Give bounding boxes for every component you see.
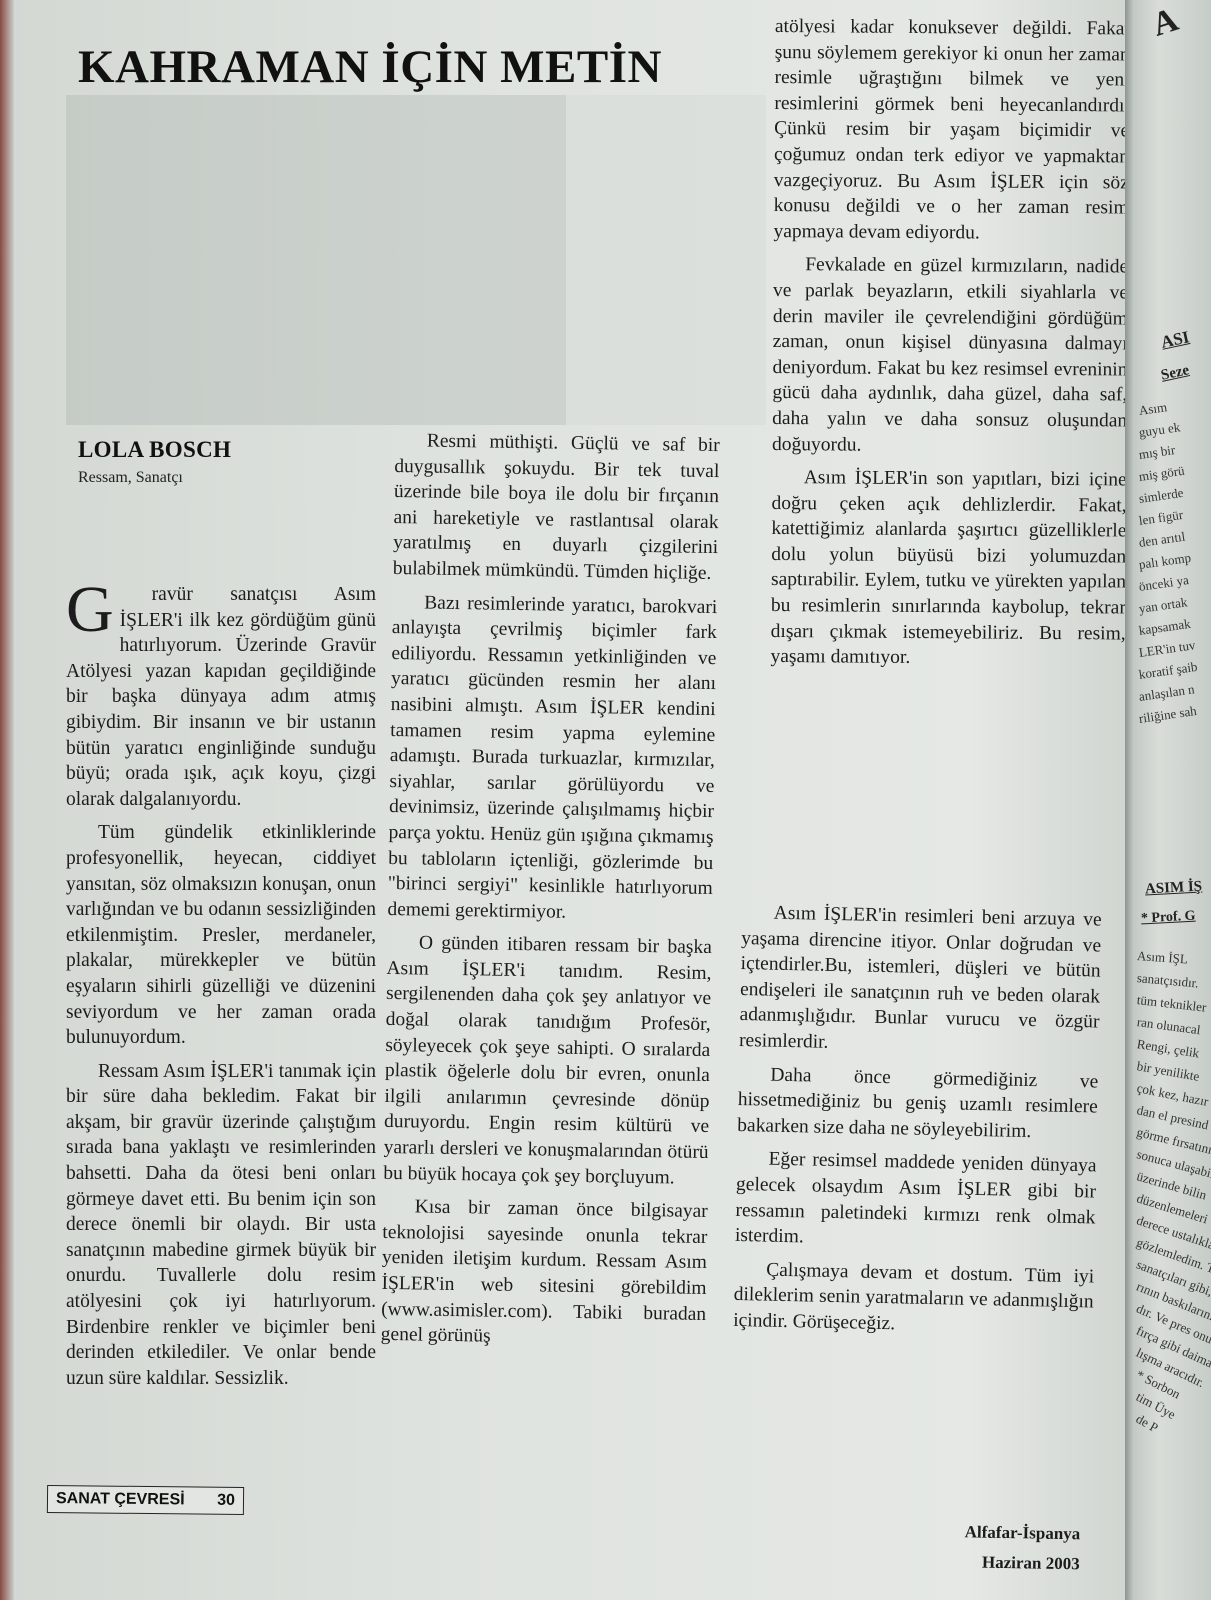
next-page-heading-1: ASI [1159,327,1191,352]
next-page-subheading-1: Seze [1160,362,1191,385]
paragraph: Bazı resimlerinde yaratıcı, barokvari an… [387,590,717,928]
paragraph: Daha önce görmediğiniz ve hissetmediğini… [737,1062,1099,1146]
paragraph: Ressam Asım İŞLER'i tanımak için bir sür… [66,1059,376,1392]
page-footer: SANAT ÇEVRESİ 30 [47,1485,244,1515]
next-page-sliver: A ASI Seze Asımguyu ekmış birmiş görüsim… [1125,0,1211,1600]
page-number: 30 [217,1492,235,1510]
next-page-lines-2: Asım İŞLsanatçısıdır.tüm tekniklerran ol… [1137,945,1211,1429]
next-page-subheading-2: * Prof. G [1141,909,1196,928]
column-2: Resmi müthişti. Güçlü ve saf bir duygusa… [380,428,720,1361]
paragraph: Asım İŞLER'in resimleri beni arzuya ve y… [739,900,1102,1061]
column-3-top: atölyesi kadar konuksever değildi. Fakat… [770,14,1130,680]
paragraph: Gravür sanatçısı Asım İŞLER'i ilk kez gö… [66,582,376,812]
next-page-lines-1: Asımguyu ekmış birmiş görüsimlerdelen fi… [1139,400,1198,730]
paragraph: Fevkalade en güzel kırmızıların, nadide … [772,252,1128,459]
paragraph: Resmi müthişti. Güçlü ve saf bir duygusa… [393,428,720,587]
column-1: Gravür sanatçısı Asım İŞLER'i ilk kez gö… [66,582,376,1399]
article-title: KAHRAMAN İÇİN METİN [78,40,662,94]
paragraph: Kısa bir zaman önce bilgisayar teknoloji… [381,1194,708,1353]
faded-image-area-right [566,95,766,425]
paragraph: Tüm gündelik etkinliklerinde profesyonel… [66,820,376,1050]
paragraph: O günden itibaren ressam bir başka Asım … [383,930,712,1191]
paragraph: atölyesi kadar konuksever değildi. Fakat… [773,14,1130,247]
author-block: LOLA BOSCH Ressam, Sanatçı [78,437,231,487]
magazine-page: KAHRAMAN İÇİN METİN LOLA BOSCH Ressam, S… [0,0,1140,1600]
author-name: LOLA BOSCH [78,437,231,463]
drop-cap: G [34,584,114,636]
next-page-title-letter: A [1148,1,1183,45]
faded-image-area [66,95,566,425]
paragraph: Asım İŞLER'in son yapıtları, bizi içine … [770,465,1126,672]
paragraph: Eğer resimsel maddede yeniden dünyaya ge… [735,1146,1097,1256]
column-3-bottom: Asım İŞLER'in resimleri beni arzuya ve y… [733,900,1102,1349]
next-page-heading-2: ASIM İŞ [1145,879,1203,899]
signoff-date: Haziran 2003 [929,1547,1080,1580]
author-role: Ressam, Sanatçı [78,469,231,487]
signoff-place: Alfafar-İspanya [930,1517,1081,1550]
page-edge [0,0,14,1600]
paragraph: Çalışmaya devam et dostum. Tüm iyi dilek… [733,1257,1095,1341]
signoff: Alfafar-İspanya Haziran 2003 [929,1517,1080,1580]
magazine-name: SANAT ÇEVRESİ [56,1490,185,1509]
